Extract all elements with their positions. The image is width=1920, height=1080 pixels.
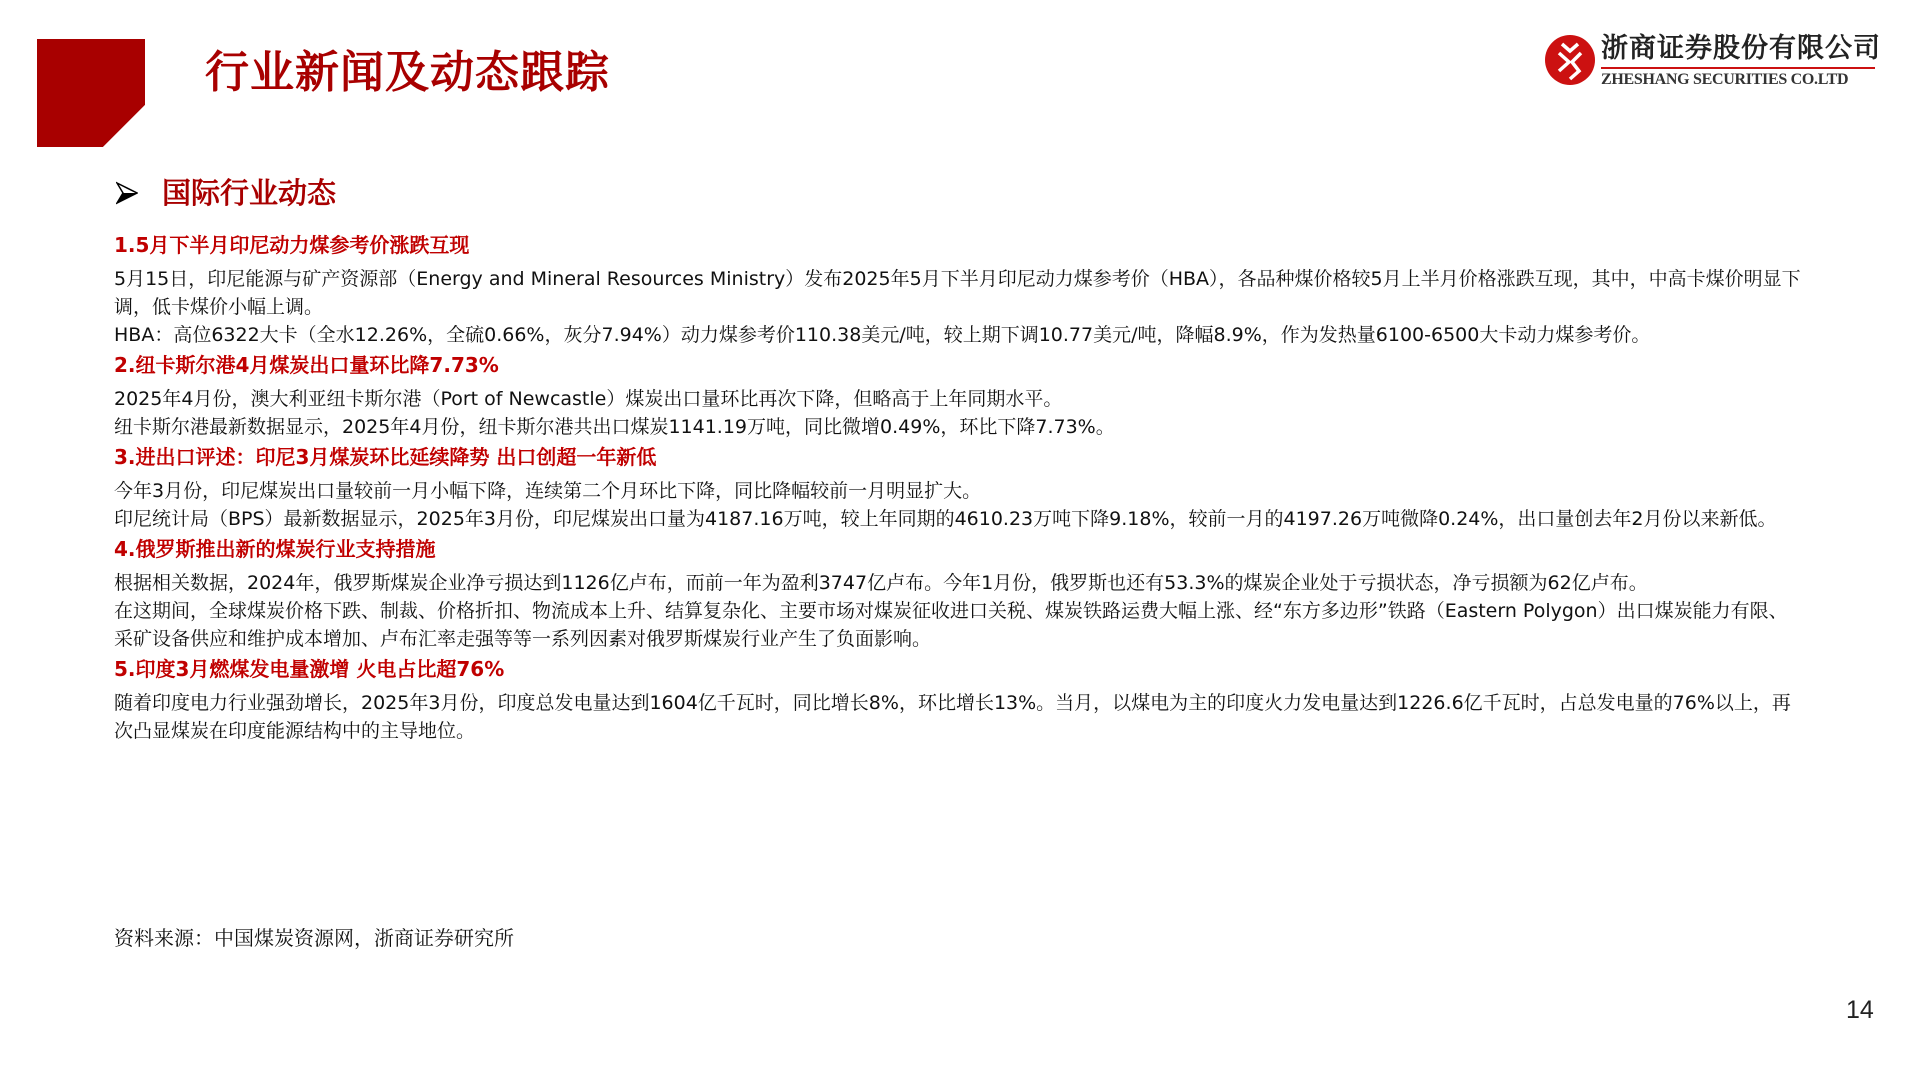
news-body: 根据相关数据，2024年，俄罗斯煤炭企业净亏损达到1126亿卢布，而前一年为盈利…	[114, 569, 1814, 653]
source-note: 资料来源：中国煤炭资源网，浙商证券研究所	[114, 924, 514, 952]
arrow-bullet-icon	[116, 181, 138, 205]
news-paragraph: HBA：高位6322大卡（全水12.26%，全硫0.66%，灰分7.94%）动力…	[114, 321, 1804, 349]
news-paragraph: 5月15日，印尼能源与矿产资源部（Energy and Mineral Reso…	[114, 265, 1804, 321]
news-paragraph: 在这期间，全球煤炭价格下跌、制裁、价格折扣、物流成本上升、结算复杂化、主要市场对…	[114, 597, 1804, 653]
news-heading: 3.进出口评述：印尼3月煤炭环比延续降势 出口创超一年新低	[114, 443, 1814, 471]
company-logo: 浙商证券股份有限公司 ZHESHANG SECURITIES CO.LTD	[1545, 33, 1875, 89]
section-header: 国际行业动态	[116, 176, 336, 210]
news-item: 4.俄罗斯推出新的煤炭行业支持措施 根据相关数据，2024年，俄罗斯煤炭企业净亏…	[114, 535, 1814, 653]
news-body: 今年3月份，印尼煤炭出口量较前一月小幅下降，连续第二个月环比下降，同比降幅较前一…	[114, 477, 1814, 533]
section-title: 国际行业动态	[162, 176, 336, 210]
news-list: 1.5月下半月印尼动力煤参考价涨跌互现 5月15日，印尼能源与矿产资源部（Ene…	[114, 229, 1814, 747]
logo-divider	[1601, 67, 1875, 69]
news-paragraph: 纽卡斯尔港最新数据显示，2025年4月份，纽卡斯尔港共出口煤炭1141.19万吨…	[114, 413, 1804, 441]
zheshang-logo-icon	[1545, 35, 1595, 85]
corner-decoration	[37, 39, 145, 147]
page-title: 行业新闻及动态跟踪	[205, 44, 610, 102]
news-paragraph: 根据相关数据，2024年，俄罗斯煤炭企业净亏损达到1126亿卢布，而前一年为盈利…	[114, 569, 1804, 597]
news-paragraph: 2025年4月份，澳大利亚纽卡斯尔港（Port of Newcastle）煤炭出…	[114, 385, 1804, 413]
news-body: 随着印度电力行业强劲增长，2025年3月份，印度总发电量达到1604亿千瓦时，同…	[114, 689, 1814, 745]
news-heading: 2.纽卡斯尔港4月煤炭出口量环比降7.73%	[114, 351, 1814, 379]
news-paragraph: 今年3月份，印尼煤炭出口量较前一月小幅下降，连续第二个月环比下降，同比降幅较前一…	[114, 477, 1804, 505]
news-paragraph: 印尼统计局（BPS）最新数据显示，2025年3月份，印尼煤炭出口量为4187.1…	[114, 505, 1804, 533]
logo-name-en: ZHESHANG SECURITIES CO.LTD	[1601, 70, 1848, 90]
news-heading: 1.5月下半月印尼动力煤参考价涨跌互现	[114, 231, 1814, 259]
news-body: 5月15日，印尼能源与矿产资源部（Energy and Mineral Reso…	[114, 265, 1814, 349]
news-heading: 4.俄罗斯推出新的煤炭行业支持措施	[114, 535, 1814, 563]
news-item: 1.5月下半月印尼动力煤参考价涨跌互现 5月15日，印尼能源与矿产资源部（Ene…	[114, 231, 1814, 349]
logo-name-cn: 浙商证券股份有限公司	[1601, 33, 1881, 65]
page-number: 14	[1846, 996, 1874, 1025]
news-item: 3.进出口评述：印尼3月煤炭环比延续降势 出口创超一年新低 今年3月份，印尼煤炭…	[114, 443, 1814, 533]
news-heading: 5.印度3月燃煤发电量激增 火电占比超76%	[114, 655, 1814, 683]
news-body: 2025年4月份，澳大利亚纽卡斯尔港（Port of Newcastle）煤炭出…	[114, 385, 1814, 441]
news-item: 2.纽卡斯尔港4月煤炭出口量环比降7.73% 2025年4月份，澳大利亚纽卡斯尔…	[114, 351, 1814, 441]
news-item: 5.印度3月燃煤发电量激增 火电占比超76% 随着印度电力行业强劲增长，2025…	[114, 655, 1814, 745]
news-paragraph: 随着印度电力行业强劲增长，2025年3月份，印度总发电量达到1604亿千瓦时，同…	[114, 689, 1804, 745]
